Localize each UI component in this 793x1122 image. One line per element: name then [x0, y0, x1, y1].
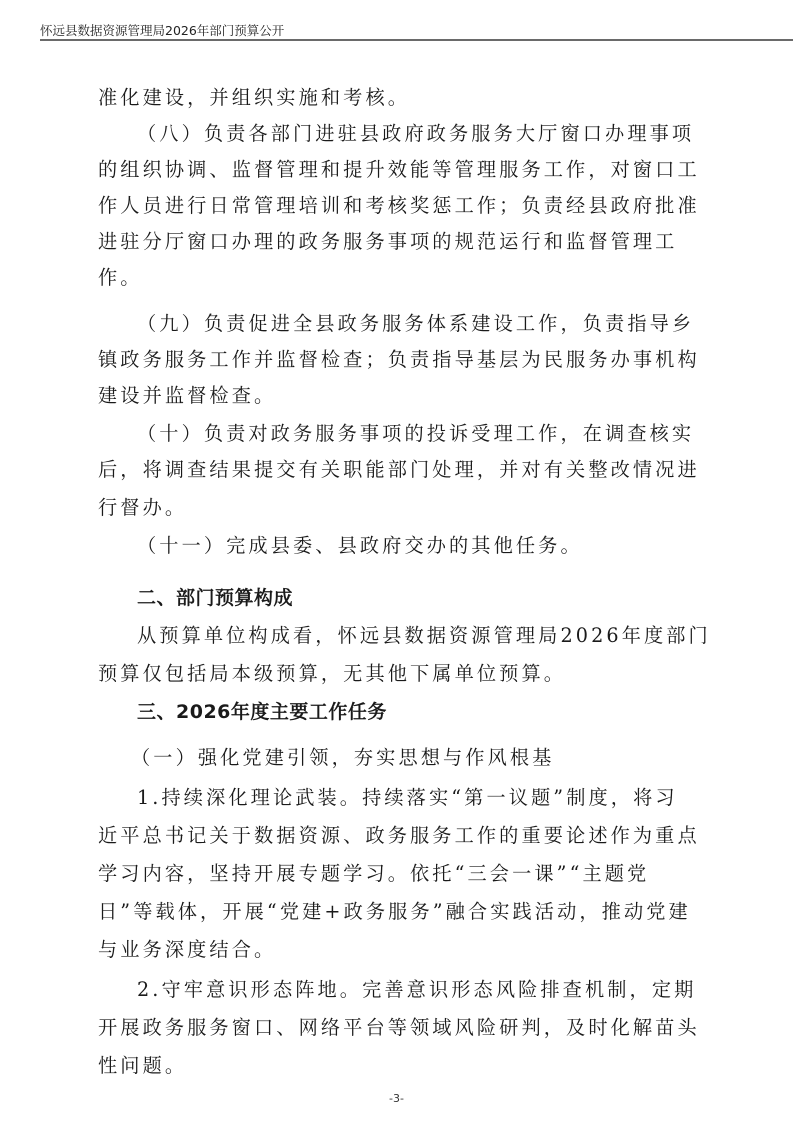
paragraph-line: 进驻分厅窗口办理的政务服务事项的规范运行和监督管理工 [98, 224, 677, 260]
page-header-title: 怀远县数据资源管理局2026年部门预算公开 [40, 22, 793, 40]
page-number: -3- [0, 1092, 793, 1105]
paragraph-line: （十）负责对政务服务事项的投诉受理工作，在调查核实 [137, 416, 694, 452]
paragraph-line: （十一）完成县委、县政府交办的其他任务。 [137, 528, 583, 564]
paragraph-line: 开展政务服务窗口、网络平台等领域风险研判，及时化解苗头 [98, 1010, 700, 1046]
paragraph-line: 行督办。 [98, 490, 187, 526]
paragraph-line: 1.持续深化理论武装。持续落实“第一议题”制度，将习 [137, 780, 678, 816]
paragraph-line: 作人员进行日常管理培训和考核奖惩工作；负责经县政府批准 [98, 188, 700, 224]
paragraph-line: 建设并监督检查。 [98, 378, 276, 414]
paragraph-line: 与业务深度结合。 [98, 932, 276, 968]
paragraph-line: 准化建设，并组织实施和考核。 [98, 80, 410, 116]
paragraph-line: （九）负责促进全县政务服务体系建设工作，负责指导乡 [137, 306, 694, 342]
paragraph-line: 镇政务服务工作并监督检查；负责指导基层为民服务办事机构 [98, 342, 700, 378]
section-heading-main-tasks: 三、2026年度主要工作任务 [137, 694, 387, 730]
subsection-heading: （一）强化党建引领，夯实思想与作风根基 [131, 740, 554, 776]
paragraph-line: 作。 [98, 260, 143, 296]
section-heading-budget-composition: 二、部门预算构成 [137, 580, 293, 616]
paragraph-line: 近平总书记关于数据资源、政务服务工作的重要论述作为重点 [98, 818, 700, 854]
paragraph-line: 的组织协调、监督管理和提升效能等管理服务工作，对窗口工 [98, 152, 700, 188]
paragraph-line: 性问题。 [98, 1048, 187, 1084]
paragraph-line: 日”等载体，开展“党建+政务服务”融合实践活动，推动党建 [98, 894, 691, 930]
paragraph-line: 学习内容，坚持开展专题学习。依托“三会一课”“主题党 [98, 856, 649, 892]
paragraph-line: 2.守牢意识形态阵地。完善意识形态风险排查机制，定期 [137, 972, 696, 1008]
header-divider [40, 39, 793, 41]
paragraph-line: （八）负责各部门进驻县政府政务服务大厅窗口办理事项 [137, 116, 694, 152]
paragraph-line: 预算仅包括局本级预算，无其他下属单位预算。 [98, 656, 566, 692]
paragraph-line: 后，将调查结果提交有关职能部门处理，并对有关整改情况进 [98, 452, 700, 488]
paragraph-line: 从预算单位构成看，怀远县数据资源管理局2026年度部门 [137, 618, 711, 654]
